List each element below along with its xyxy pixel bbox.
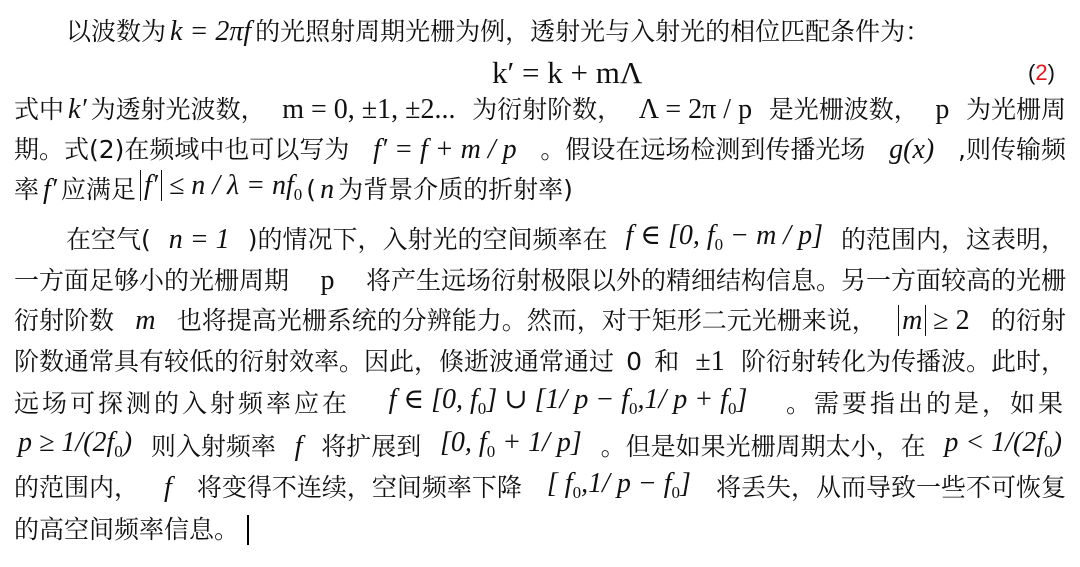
- text-b: 为透射光波数，: [91, 95, 266, 124]
- math-p-geq: p ≥ 1/(2f0): [14, 423, 136, 472]
- text-a: 远场可探测的入射频率应在: [14, 384, 350, 424]
- text: 的光照射周期光栅为例，透射光与入射光的相位匹配条件为：: [255, 12, 930, 52]
- text-a: 的范围内，: [14, 468, 139, 508]
- text-cursor[interactable]: [247, 515, 249, 545]
- text-a: 的高空间频率信息。: [14, 510, 239, 550]
- math-part: ,1/ p + f: [638, 384, 728, 415]
- math-m: m: [131, 301, 159, 341]
- subscript: 0: [487, 442, 496, 461]
- math-rhs: ≤ n / λ = nf: [169, 170, 294, 201]
- equation-rhs: k + mΛ: [547, 55, 642, 90]
- text-b: 应满足: [61, 170, 136, 210]
- equation-2: k′ = k + mΛ (2): [0, 52, 1080, 94]
- math-zero: 0: [626, 342, 642, 382]
- math-inequality: f′ ≤ n / λ = nf0: [136, 166, 306, 215]
- equation-equals: =: [522, 55, 539, 90]
- text-c: 的范围内，这表明，: [841, 220, 1066, 260]
- math-union-range: f ∈ [0, f0] ∪ [1/ p − f0,1/ p + f0]: [385, 380, 752, 429]
- text-c: 。但是如果光栅周期太小，在: [601, 427, 926, 467]
- math-k-prime: k′: [64, 94, 91, 125]
- math-plus-minus-1: ±1: [691, 342, 728, 382]
- math-lambda: Λ = 2π / p: [635, 90, 756, 130]
- subscript: 0: [573, 483, 582, 502]
- p2-line-1: 在空气( n = 1 )的情况下，入射光的空间频率在 f ∈ [0, f0 − …: [66, 220, 1066, 260]
- math-part: ]: [736, 384, 747, 415]
- text-c: 将丢失，从而导致一些不可恢复: [716, 468, 1066, 508]
- text-a: 在空气(: [66, 220, 151, 260]
- math-p: p: [931, 90, 953, 130]
- subscript: 0: [715, 235, 724, 254]
- math-part: ): [1053, 427, 1062, 458]
- abs-m: m: [898, 305, 926, 336]
- equation-number: (2): [1028, 52, 1055, 94]
- math-part: f ∈ [0, f: [389, 384, 478, 415]
- math-n: n: [316, 170, 338, 210]
- math-m-values: m = 0, ±1, ±2...: [278, 90, 459, 130]
- p2-line-2: 一方面足够小的光栅周期 p 将产生远场衍射极限以外的精细结构信息。另一方面较高的…: [14, 261, 1066, 301]
- math-g-x: g(x): [885, 130, 938, 170]
- text-c: ,则传输频: [958, 130, 1066, 170]
- text-c: 的衍射: [991, 301, 1066, 341]
- text-a: 阶数通常具有较低的衍射效率。因此，倏逝波通常通过: [14, 342, 614, 382]
- paren-close: ): [1048, 60, 1055, 85]
- text-a: 式中: [14, 95, 64, 124]
- abs-f-prime: f′: [140, 170, 162, 201]
- subscript: 0: [114, 442, 123, 461]
- math-part: p ≥ 1/(2f: [18, 427, 114, 458]
- math-part: − m / p]: [723, 220, 823, 251]
- text-b: 将产生远场衍射极限以外的精细结构信息。另一方面较高的光栅: [366, 261, 1066, 301]
- math-part: ): [123, 427, 132, 458]
- math-f: f: [160, 468, 176, 508]
- text-d: 为背景介质的折射率): [338, 170, 573, 210]
- p1-line-3: 期。式(2)在频域中也可以写为 f′ = f + m / p 。假设在远场检测到…: [14, 130, 1066, 170]
- p2-line-8: 的高空间频率信息。: [14, 510, 1066, 550]
- p2-line-5: 远场可探测的入射频率应在 f ∈ [0, f0] ∪ [1/ p − f0,1/…: [14, 384, 1066, 424]
- math-p-less: p < 1/(2f0): [940, 423, 1066, 472]
- equation-lhs: k′: [492, 55, 514, 90]
- math-f-prime: f′: [39, 170, 61, 210]
- math-abs-m: m ≥ 2: [894, 301, 974, 341]
- text-b: 将扩展到: [321, 427, 421, 467]
- text-d: 是光栅波数，: [769, 90, 919, 130]
- text-b: 。假设在远场检测到传播光场: [540, 130, 865, 170]
- text-e: 为光栅周: [966, 90, 1066, 130]
- document-page: 以波数为 k = 2πf 的光照射周期光栅为例，透射光与入射光的相位匹配条件为：…: [0, 0, 1080, 567]
- math-part: ,1/ p − f: [581, 468, 671, 499]
- subscript: 0: [672, 483, 681, 502]
- math-part: + 1/ p]: [495, 427, 582, 458]
- text-c: 阶衍射转化为传播波。此时，: [741, 342, 1066, 382]
- text: 以波数为: [66, 12, 166, 52]
- text-b: 和: [654, 342, 679, 382]
- text: 式中k′为透射光波数，: [14, 90, 266, 130]
- equation-number-value: 2: [1035, 60, 1047, 85]
- math-part: [ f: [547, 468, 573, 499]
- text-a: 率: [14, 170, 39, 210]
- p1-line-1: 以波数为 k = 2πf 的光照射周期光栅为例，透射光与入射光的相位匹配条件为：: [66, 12, 1066, 52]
- math-part: f ∈ [0, f: [625, 220, 714, 251]
- text-b: 。需要指出的是，如果: [786, 384, 1066, 424]
- text-c: 为衍射阶数，: [472, 90, 622, 130]
- p2-line-4: 阶数通常具有较低的衍射效率。因此，倏逝波通常通过 0 和 ±1 阶衍射转化为传播…: [14, 342, 1066, 382]
- math-p: p: [317, 261, 339, 301]
- math-part: ]: [680, 468, 691, 499]
- subscript: 0: [629, 399, 638, 418]
- p1-line-2: 式中k′为透射光波数， m = 0, ±1, ±2... 为衍射阶数， Λ = …: [14, 90, 1066, 130]
- text-b: 将变得不连续，空间频率下降: [197, 468, 522, 508]
- p2-line-6: p ≥ 1/(2f0) 则入射频率 f 将扩展到 [0, f0 + 1/ p] …: [14, 427, 1066, 467]
- subscript: 0: [1044, 442, 1053, 461]
- equation-body: k′ = k + mΛ: [492, 52, 642, 94]
- math-range: f ∈ [0, f0 − m / p]: [621, 216, 826, 265]
- math-part: ] ∪ [1/ p − f: [486, 384, 629, 415]
- math-f-prime: f′ = f + m / p: [369, 130, 520, 170]
- math-part: p < 1/(2f: [944, 427, 1044, 458]
- text-a: 一方面足够小的光栅周期: [14, 261, 289, 301]
- text-c: (: [306, 170, 316, 210]
- p2-line-3: 衍射阶数 m 也将提高光栅系统的分辨能力。然而，对于矩形二元光栅来说， m ≥ …: [14, 301, 1066, 341]
- p1-line-4: 率 f′ 应满足 f′ ≤ n / λ = nf0 ( n 为背景介质的折射率): [14, 170, 1066, 210]
- text-a: 衍射阶数: [14, 301, 114, 341]
- math-expression: k = 2πf: [166, 12, 255, 52]
- math-lost-range: [ f0,1/ p − f0]: [543, 464, 695, 513]
- p2-line-7: 的范围内， f 将变得不连续，空间频率下降 [ f0,1/ p − f0] 将丢…: [14, 468, 1066, 508]
- text-b: 也将提高光栅系统的分辨能力。然而，对于矩形二元光栅来说，: [177, 301, 877, 341]
- subscript: 0: [294, 185, 303, 204]
- math-f: f: [291, 427, 307, 467]
- text-b: )的情况下，入射光的空间频率在: [248, 220, 608, 260]
- math-n-equals-1: n = 1: [165, 220, 234, 260]
- text-a: 期。式(2)在频域中也可以写为: [14, 130, 349, 170]
- math-geq-2: ≥ 2: [933, 305, 969, 336]
- text-a: 则入射频率: [151, 427, 276, 467]
- math-part: [0, f: [440, 427, 487, 458]
